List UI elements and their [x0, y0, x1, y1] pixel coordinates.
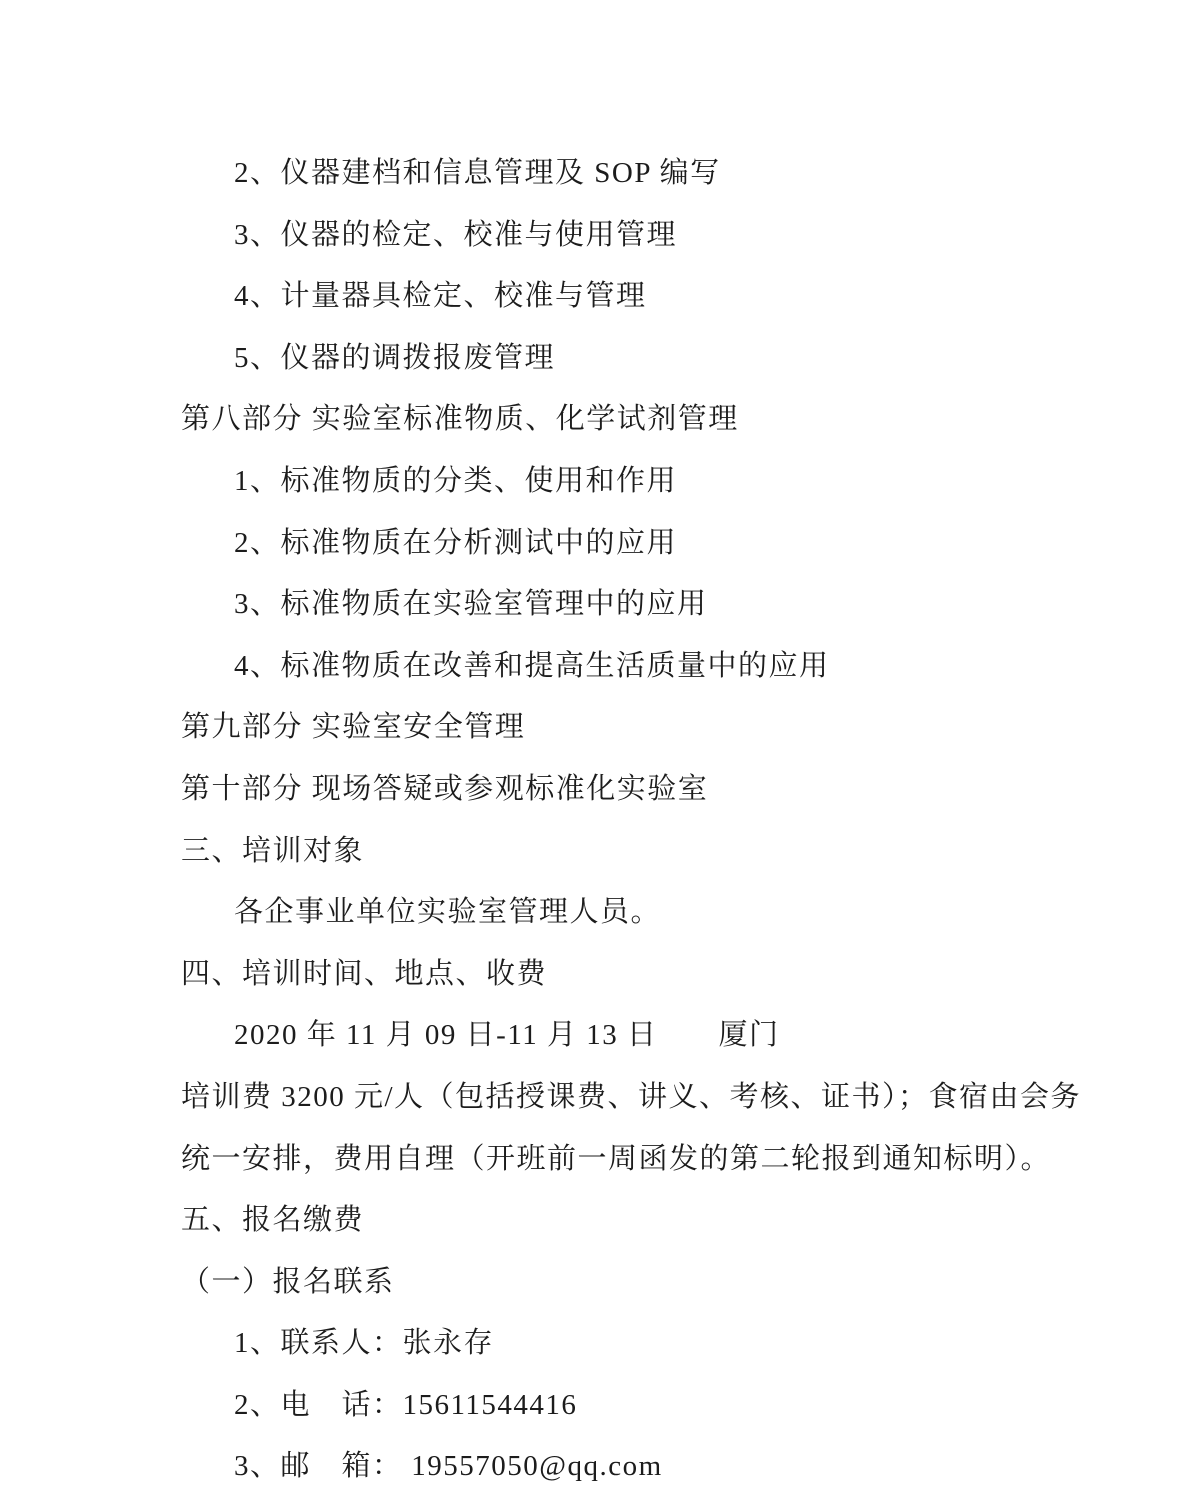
document-body: 2、仪器建档和信息管理及 SOP 编写 3、仪器的检定、校准与使用管理 4、计量… [181, 143, 1121, 1498]
list-item: 4、标准物质在改善和提高生活质量中的应用 [181, 636, 1121, 698]
document-page: 2、仪器建档和信息管理及 SOP 编写 3、仪器的检定、校准与使用管理 4、计量… [0, 0, 1181, 1499]
list-item: 2、仪器建档和信息管理及 SOP 编写 [181, 143, 1121, 205]
list-item: 2、标准物质在分析测试中的应用 [181, 513, 1121, 575]
list-item: 1、标准物质的分类、使用和作用 [181, 451, 1121, 513]
section-heading: 五、报名缴费 [181, 1190, 1121, 1252]
section-heading: 第八部分 实验室标准物质、化学试剂管理 [181, 389, 1121, 451]
list-item: 3、邮 箱： 19557050@qq.com [181, 1436, 1121, 1498]
section-heading: 四、培训时间、地点、收费 [181, 944, 1121, 1006]
list-item: 3、标准物质在实验室管理中的应用 [181, 574, 1121, 636]
section-heading: 第十部分 现场答疑或参观标准化实验室 [181, 759, 1121, 821]
list-item: 4、计量器具检定、校准与管理 [181, 266, 1121, 328]
section-heading: 三、培训对象 [181, 821, 1121, 883]
paragraph: 培训费 3200 元/人（包括授课费、讲义、考核、证书）；食宿由会务 [181, 1067, 1121, 1129]
list-item: 2、电 话：15611544416 [181, 1375, 1121, 1437]
list-item: 3、仪器的检定、校准与使用管理 [181, 205, 1121, 267]
section-heading: 第九部分 实验室安全管理 [181, 697, 1121, 759]
paragraph: 2020 年 11 月 09 日-11 月 13 日 厦门 [181, 1005, 1121, 1067]
paragraph: 统一安排，费用自理（开班前一周函发的第二轮报到通知标明）。 [181, 1129, 1121, 1191]
list-item: 1、联系人：张永存 [181, 1313, 1121, 1375]
list-item: 5、仪器的调拨报废管理 [181, 328, 1121, 390]
sub-heading: （一）报名联系 [181, 1252, 1121, 1314]
paragraph: 各企事业单位实验室管理人员。 [181, 882, 1121, 944]
